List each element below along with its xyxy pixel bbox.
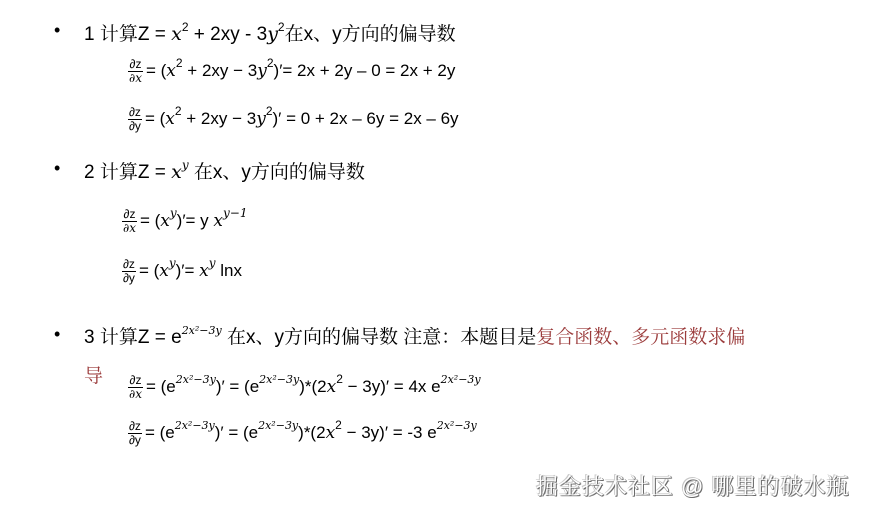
denominator: ∂y bbox=[128, 120, 142, 133]
exponent: 2 bbox=[336, 372, 343, 386]
title-prefix: 2 计算Z = bbox=[84, 162, 171, 183]
eq-text: + 2xy − 3 bbox=[182, 109, 257, 128]
eq-text: = (e bbox=[146, 377, 176, 396]
exponent: 2 bbox=[335, 418, 342, 432]
eq-text: )′= y bbox=[177, 211, 214, 230]
denominator: ∂x bbox=[122, 222, 137, 235]
eq-text: )′= 2x + 2y – 0 = 2x + 2y bbox=[274, 61, 456, 80]
problem-2-title: 2 计算Z = xy 在x、y方向的偏导数 bbox=[84, 157, 365, 184]
numerator: ∂z bbox=[128, 58, 143, 72]
exponent: 2 bbox=[266, 104, 273, 118]
exponent: 2 bbox=[278, 20, 285, 34]
exponent: 2x²−3y bbox=[175, 419, 215, 432]
eq-text: − 3y)′ = 4x e bbox=[343, 377, 441, 396]
math-var: x bbox=[171, 161, 182, 183]
eq-text: = ( bbox=[146, 61, 166, 80]
exponent: 2x²−3y bbox=[437, 419, 477, 432]
fraction: ∂z∂y bbox=[128, 106, 142, 133]
title-suffix: 在x、y方向的偏导数 bbox=[285, 24, 456, 45]
math-var: y bbox=[256, 109, 266, 129]
fraction: ∂z∂y bbox=[128, 420, 142, 447]
exponent: 2x²−3y bbox=[259, 373, 299, 386]
math-var: x bbox=[159, 261, 169, 281]
exponent: 2x²−3y bbox=[441, 373, 481, 386]
highlight-note: 复合函数、多元函数求偏 bbox=[536, 327, 745, 348]
exponent: 2x²−3y bbox=[182, 324, 222, 337]
eq-text: )′ = (e bbox=[215, 423, 258, 442]
problem-2-dzdx: ∂z∂x= (xy)′= y xy−1 bbox=[122, 208, 247, 235]
exponent: 2x²−3y bbox=[258, 419, 298, 432]
exponent: 2 bbox=[176, 56, 183, 70]
math-var: x bbox=[160, 211, 170, 231]
problem-2-dzdy: ∂z∂y= (xy)′= xy lnx bbox=[122, 258, 242, 285]
bullet-1: • bbox=[54, 20, 60, 41]
math-var: y bbox=[257, 61, 267, 81]
eq-text: )′ = (e bbox=[216, 377, 259, 396]
numerator: ∂z bbox=[122, 258, 136, 272]
title-suffix: 在x、y方向的偏导数 bbox=[189, 162, 365, 183]
problem-1-title: 1 计算Z = x2 + 2xy - 3y2在x、y方向的偏导数 bbox=[84, 19, 456, 46]
problem-3-title: 3 计算Z = e2x²−3y 在x、y方向的偏导数 注意：本题目是复合函数、多… bbox=[84, 322, 745, 349]
numerator: ∂z bbox=[128, 106, 142, 120]
exponent: 2x²−3y bbox=[176, 373, 216, 386]
title-prefix: 1 计算Z = bbox=[84, 24, 171, 45]
problem-1-dzdx: ∂z∂x= (x2 + 2xy − 3y2)′= 2x + 2y – 0 = 2… bbox=[128, 58, 455, 85]
fraction: ∂z∂x bbox=[128, 58, 143, 85]
exponent: y−1 bbox=[223, 206, 247, 220]
denominator: ∂x bbox=[128, 388, 143, 401]
title-expr: + 2xy - 3 bbox=[189, 24, 268, 45]
eq-text: )′ = 0 + 2x – 6y = 2x – 6y bbox=[273, 109, 459, 128]
watermark: 掘金技术社区 @ 哪里的破水瓶 bbox=[536, 470, 850, 501]
problem-3-dzdx: ∂z∂x= (e2x²−3y)′ = (e2x²−3y)*(2x2 − 3y)′… bbox=[128, 374, 481, 401]
eq-text: lnx bbox=[216, 261, 242, 280]
bullet-2: • bbox=[54, 158, 60, 179]
math-var: x bbox=[327, 377, 337, 397]
math-var: x bbox=[165, 109, 175, 129]
denominator: ∂x bbox=[128, 72, 143, 85]
fraction: ∂z∂x bbox=[128, 374, 143, 401]
eq-text: = ( bbox=[145, 109, 165, 128]
eq-text: = (e bbox=[145, 423, 175, 442]
eq-text: )*(2 bbox=[299, 377, 326, 396]
problem-3-dzdy: ∂z∂y= (e2x²−3y)′ = (e2x²−3y)*(2x2 − 3y)′… bbox=[128, 420, 477, 447]
denominator: ∂y bbox=[122, 272, 136, 285]
title-suffix: 在x、y方向的偏导数 注意：本题目是 bbox=[222, 327, 537, 348]
exponent: 2 bbox=[175, 104, 182, 118]
eq-text: )*(2 bbox=[298, 423, 325, 442]
math-var: x bbox=[199, 261, 209, 281]
math-var: x bbox=[171, 23, 182, 45]
exponent: y bbox=[170, 206, 177, 220]
exponent: y bbox=[182, 158, 189, 172]
numerator: ∂z bbox=[128, 374, 143, 388]
math-var: x bbox=[213, 211, 223, 231]
denominator: ∂y bbox=[128, 434, 142, 447]
numerator: ∂z bbox=[122, 208, 137, 222]
eq-text: )′= bbox=[176, 261, 200, 280]
bullet-3: • bbox=[54, 324, 60, 345]
fraction: ∂z∂y bbox=[122, 258, 136, 285]
exponent: 2 bbox=[182, 20, 189, 34]
exponent: 2 bbox=[267, 56, 274, 70]
numerator: ∂z bbox=[128, 420, 142, 434]
highlight-note-wrap: 导 bbox=[84, 361, 103, 388]
exponent: y bbox=[209, 256, 216, 270]
math-var: y bbox=[267, 23, 278, 45]
eq-text: = ( bbox=[139, 261, 159, 280]
math-var: x bbox=[166, 61, 176, 81]
title-prefix: 3 计算Z = e bbox=[84, 327, 182, 348]
math-var: x bbox=[326, 423, 336, 443]
problem-1-dzdy: ∂z∂y= (x2 + 2xy − 3y2)′ = 0 + 2x – 6y = … bbox=[128, 106, 459, 133]
eq-text: = ( bbox=[140, 211, 160, 230]
eq-text: + 2xy − 3 bbox=[183, 61, 258, 80]
fraction: ∂z∂x bbox=[122, 208, 137, 235]
eq-text: − 3y)′ = -3 e bbox=[342, 423, 437, 442]
exponent: y bbox=[169, 256, 176, 270]
